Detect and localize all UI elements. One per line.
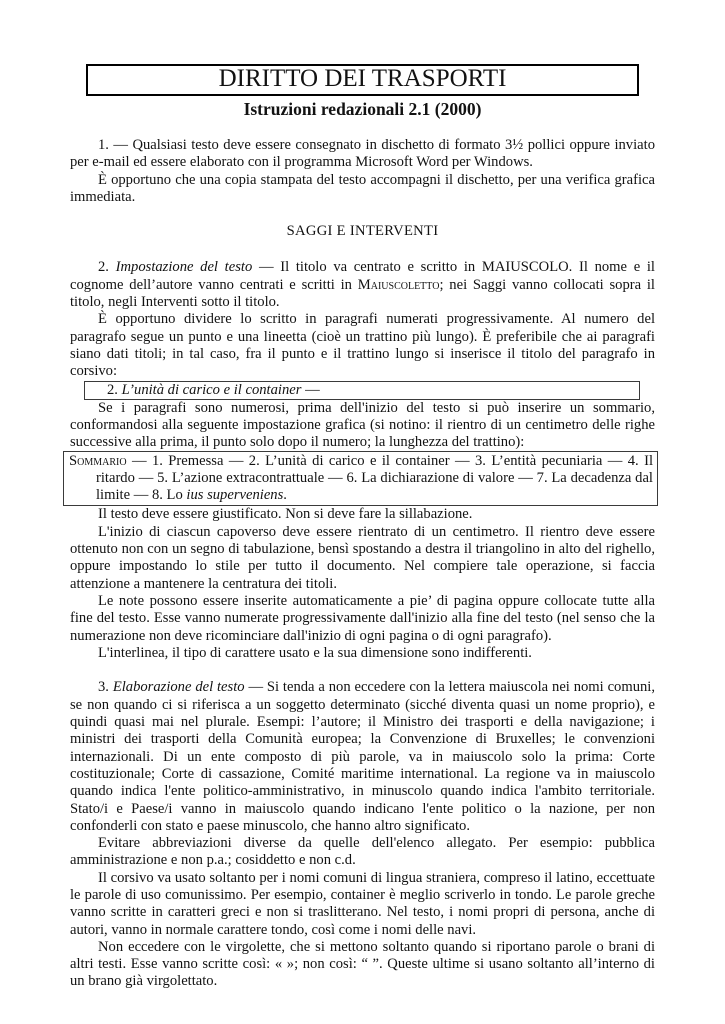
example-box-paragraph-title: 2. L’unità di carico e il container — xyxy=(84,381,640,400)
blank-line xyxy=(70,662,655,679)
text-run: 1. — Qualsiasi testo deve essere consegn… xyxy=(70,137,655,170)
text-run: SAGGI E INTERVENTI xyxy=(287,223,439,239)
paragraph-paragrafi-numerati: È opportuno dividere lo scritto in parag… xyxy=(70,311,655,380)
paragraph-1-dischetto: 1. — Qualsiasi testo deve essere consegn… xyxy=(70,137,655,172)
text-run: Sommario xyxy=(69,453,127,469)
text-run: . xyxy=(283,487,287,503)
paragraph-abbreviazioni: Evitare abbreviazioni diverse da quelle … xyxy=(70,835,655,870)
paragraph-3-elaborazione: 3. Elaborazione del testo — Si tenda a n… xyxy=(70,679,655,835)
paragraph-corsivo: Il corsivo va usato soltanto per i nomi … xyxy=(70,870,655,939)
paragraph-note: Le note possono essere inserite automati… xyxy=(70,593,655,645)
example-box-sommario: Sommario — 1. Premessa — 2. L’unità di c… xyxy=(63,451,658,506)
text-run: L'interlinea, il tipo di carattere usato… xyxy=(98,645,532,661)
text-run: L'inizio di ciascun capoverso deve esser… xyxy=(70,524,655,592)
paragraph-rientro-capoverso: L'inizio di ciascun capoverso deve esser… xyxy=(70,524,655,593)
document-body: 1. — Qualsiasi testo deve essere consegn… xyxy=(70,137,655,991)
text-run: Elaborazione del testo xyxy=(113,679,245,695)
text-run: Se i paragrafi sono numerosi, prima dell… xyxy=(70,400,655,451)
text-run: Il testo deve essere giustificato. Non s… xyxy=(98,506,472,522)
text-run: Le note possono essere inserite automati… xyxy=(70,593,655,644)
text-run: — xyxy=(301,382,319,398)
paragraph-giustificato: Il testo deve essere giustificato. Non s… xyxy=(70,506,655,523)
document-page: DIRITTO DEI TRASPORTI Istruzioni redazio… xyxy=(0,0,725,1024)
text-run: 2. xyxy=(107,382,122,398)
text-run: Maiuscoletto xyxy=(358,277,440,293)
document-title-box: DIRITTO DEI TRASPORTI xyxy=(86,64,639,96)
text-run: 2. xyxy=(98,259,116,275)
paragraph-copia-stampata: È opportuno che una copia stampata del t… xyxy=(70,172,655,207)
text-run: È opportuno che una copia stampata del t… xyxy=(70,172,655,205)
document-title: DIRITTO DEI TRASPORTI xyxy=(219,65,507,92)
text-run: L’unità di carico e il container xyxy=(122,382,302,398)
paragraph-interlinea: L'interlinea, il tipo di carattere usato… xyxy=(70,645,655,662)
text-run: — Si tenda a non eccedere con la lettera… xyxy=(70,679,655,833)
paragraph-2-impostazione: 2. Impostazione del testo — Il titolo va… xyxy=(70,259,655,311)
document-subtitle: Istruzioni redazionali 2.1 (2000) xyxy=(70,99,655,119)
text-run: 3. xyxy=(98,679,113,695)
text-run: Non eccedere con le virgolette, che si m… xyxy=(70,939,655,990)
text-run: — 1. Premessa — 2. L’unità di carico e i… xyxy=(96,453,653,503)
text-run: È opportuno dividere lo scritto in parag… xyxy=(70,311,655,379)
paragraph-sommario-intro: Se i paragrafi sono numerosi, prima dell… xyxy=(70,400,655,452)
text-run: Impostazione del testo xyxy=(116,259,253,275)
text-run: ius superveniens xyxy=(186,487,283,503)
section-heading-saggi-e-interventi: SAGGI E INTERVENTI xyxy=(70,223,655,240)
paragraph-virgolette: Non eccedere con le virgolette, che si m… xyxy=(70,939,655,991)
text-run: Il corsivo va usato soltanto per i nomi … xyxy=(70,870,655,938)
text-run: Evitare abbreviazioni diverse da quelle … xyxy=(70,835,655,868)
